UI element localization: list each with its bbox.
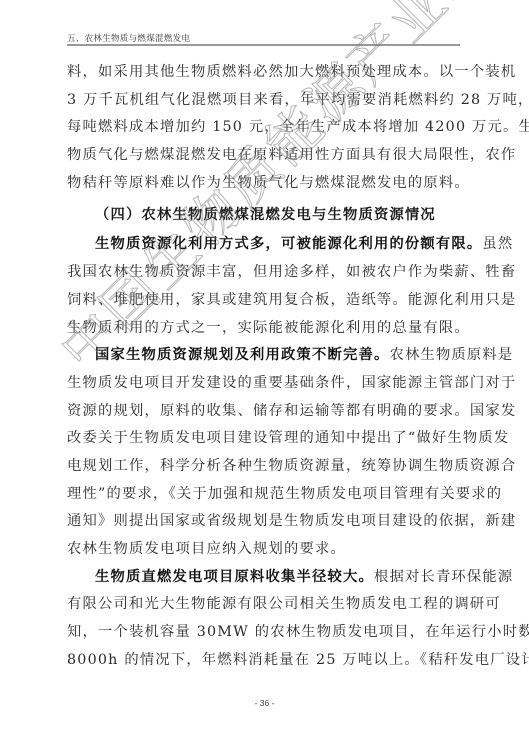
text-line: 知，一个装机容量 30MW 的农林生物质发电项目，在年运行小时数 — [67, 619, 461, 647]
text-span: 根据对长青环保能源 — [374, 569, 513, 585]
paragraph-fuel-cost: 料，如采用其他生物质燃料必然加大燃料预处理成本。以一个装机 3 万千瓦机组气化混… — [67, 59, 461, 197]
paragraph-collection-radius: 生物质直燃发电项目原料收集半径较大。根据对长青环保能源 有限公司和光大生物能源有… — [67, 564, 461, 675]
text-line: 生物质利用的方式之一，实际能被能源化利用的总量有限。 — [67, 315, 461, 343]
paragraph-lead: 生物质直燃发电项目原料收集半径较大。 — [95, 569, 374, 585]
text-line: 8000h 的情况下，年燃料消耗量在 25 万吨以上。《秸秆发电厂设计 — [67, 647, 461, 675]
text-line: 理性”的要求，《关于加强和规范生物质发电项目管理有关要求的 — [67, 481, 461, 509]
document-page: 五、农林生物质与燃煤混燃发电 料，如采用其他生物质燃料必然加大燃料预处理成本。以… — [0, 0, 529, 746]
text-line: 每吨燃料成本增加约 150 元，全年生产成本将增加 4200 万元。生 — [67, 114, 461, 142]
text-line: 物质气化与燃煤混燃发电在原料适用性方面具有很大局限性，农作 — [67, 142, 461, 170]
page-number: - 36 - — [0, 698, 529, 708]
header-rule — [67, 44, 460, 46]
text-line: 生物质直燃发电项目原料收集半径较大。根据对长青环保能源 — [67, 564, 461, 592]
text-line: 通知》则提出国家或省级规划是生物质发电项目建设的依据，新建 — [67, 508, 461, 536]
text-line: 3 万千瓦机组气化混燃项目来看，年平均需要消耗燃料约 28 万吨， — [67, 87, 461, 115]
running-header: 五、农林生物质与燃煤混燃发电 — [67, 32, 190, 44]
text-span: 虽然 — [482, 236, 513, 252]
document-body: 料，如采用其他生物质燃料必然加大燃料预处理成本。以一个装机 3 万千瓦机组气化混… — [67, 59, 461, 674]
text-line: 有限公司和光大生物能源有限公司相关生物质发电工程的调研可 — [67, 591, 461, 619]
text-line: 料，如采用其他生物质燃料必然加大燃料预处理成本。以一个装机 — [67, 59, 461, 87]
paragraph-policy: 国家生物质资源规划及利用政策不断完善。农林生物质原料是 生物质发电项目开发建设的… — [67, 342, 461, 564]
text-span: 农林生物质原料是 — [389, 347, 513, 363]
section-heading: （四）农林生物质燃煤混燃发电与生物质资源情况 — [67, 199, 461, 231]
paragraph-lead: 生物质资源化利用方式多，可被能源化利用的份额有限。 — [95, 236, 482, 252]
text-line: 物秸秆等原料难以作为生物质气化与燃煤混燃发电的原料。 — [67, 170, 461, 198]
paragraph-resource-utilization: 生物质资源化利用方式多，可被能源化利用的份额有限。虽然 我国农林生物质资源丰富，… — [67, 231, 461, 342]
text-line: 电规划工作，科学分析各种生物质资源量，统筹协调生物质资源合 — [67, 453, 461, 481]
text-line: 我国农林生物质资源丰富，但用途多样，如被农户作为柴薪、牲畜 — [67, 259, 461, 287]
text-line: 改委关于生物质发电项目建设管理的通知中提出了“做好生物质发 — [67, 425, 461, 453]
text-line: 国家生物质资源规划及利用政策不断完善。农林生物质原料是 — [67, 342, 461, 370]
text-line: 生物质资源化利用方式多，可被能源化利用的份额有限。虽然 — [67, 231, 461, 259]
text-line: 资源的规划，原料的收集、储存和运输等都有明确的要求。国家发 — [67, 398, 461, 426]
text-line: 饲料、堆肥使用，家具或建筑用复合板，造纸等。能源化利用只是 — [67, 287, 461, 315]
text-line: 生物质发电项目开发建设的重要基础条件，国家能源主管部门对于 — [67, 370, 461, 398]
paragraph-lead: 国家生物质资源规划及利用政策不断完善。 — [95, 347, 389, 363]
text-line: 农林生物质发电项目应纳入规划的要求。 — [67, 536, 461, 564]
